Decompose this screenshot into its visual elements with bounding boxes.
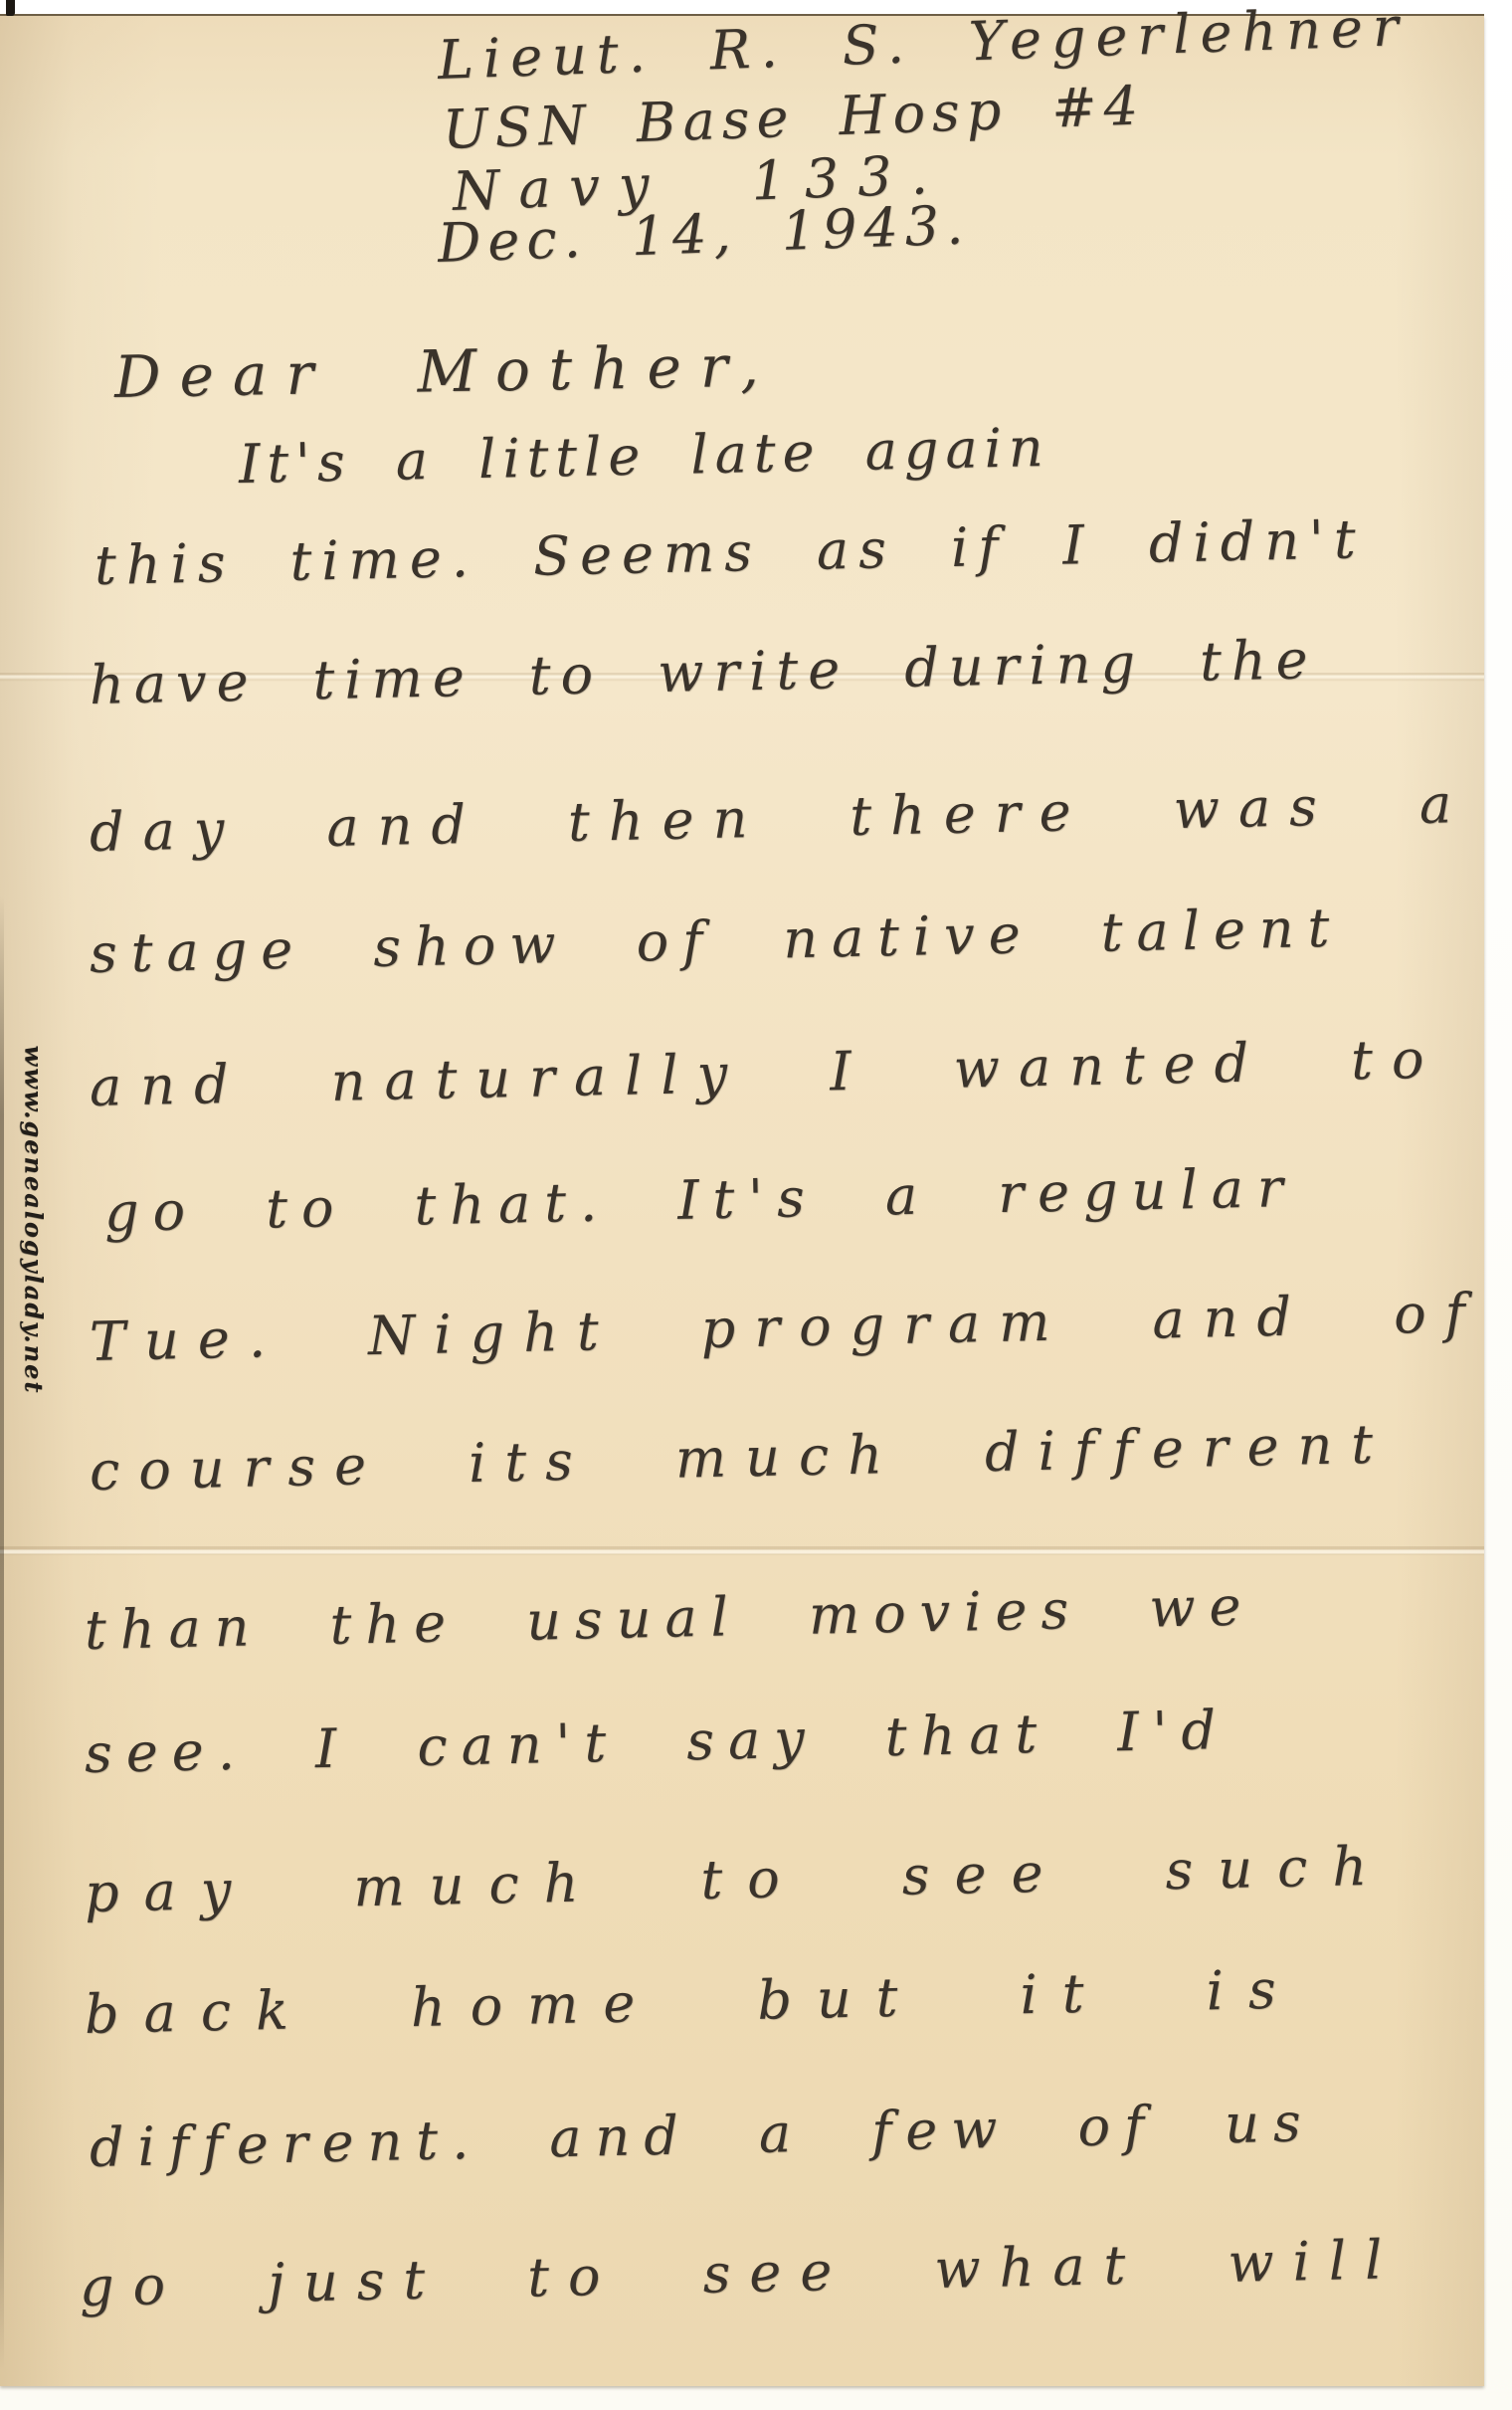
letter-line: pay much to see such bbox=[84, 1835, 1392, 1924]
paper-fold-crease bbox=[0, 1546, 1484, 1555]
letter-line: than the usual movies we bbox=[84, 1575, 1255, 1662]
scan-artifact-mark bbox=[6, 0, 15, 16]
letter-line: different. and a few of us bbox=[89, 2092, 1315, 2179]
scanned-letter: www.genealogylady.net Lieut. R. S. Yeger… bbox=[0, 0, 1512, 2410]
letter-line: see. I can't say that I'd bbox=[84, 1700, 1229, 1785]
letter-line: back home but it is bbox=[84, 1958, 1301, 2046]
salutation: Dear Mother, bbox=[113, 332, 778, 410]
header-line-sender-name: Lieut. R. S. Yegerlehner bbox=[437, 0, 1410, 92]
letter-paper: www.genealogylady.net Lieut. R. S. Yeger… bbox=[0, 16, 1484, 2386]
letter-line: It's a little late again bbox=[238, 417, 1050, 496]
letter-line: day and then there was a bbox=[89, 773, 1470, 864]
letter-line: and naturally I wanted to bbox=[89, 1029, 1443, 1119]
letter-line: course its much different bbox=[89, 1414, 1392, 1503]
watermark-text: www.genealogylady.net bbox=[20, 1046, 49, 1395]
scan-edge-shadow bbox=[0, 896, 4, 2370]
letter-line: go to that. It's a regular bbox=[103, 1157, 1297, 1244]
letter-line: go just to see what will bbox=[79, 2229, 1402, 2318]
letter-line: stage show of native talent bbox=[89, 898, 1344, 985]
letter-line: have time to write during the bbox=[89, 629, 1318, 716]
letter-line: this time. Seems as if I didn't bbox=[94, 508, 1366, 597]
letter-line: Tue. Night program and of bbox=[89, 1283, 1484, 1373]
